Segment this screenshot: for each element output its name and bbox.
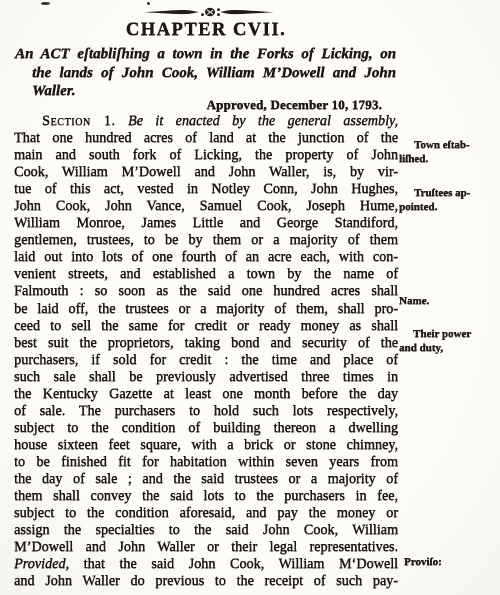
- margin-note-line: Truſtees ap-: [399, 187, 493, 201]
- body-text-line: house sixteen feet square, with a brick …: [14, 437, 398, 454]
- margin-note-line: Their power: [399, 328, 493, 342]
- body-text-line: subject to the condition aforesaid, and …: [14, 505, 398, 522]
- body-text-line: John Cook, John Vance, Samuel Cook, Jose…: [14, 198, 398, 215]
- margin-note-trustees-appointed: Truſtees ap-pointed.: [399, 187, 493, 214]
- body-text-line: best suit the proprietors, taking bond a…: [14, 335, 398, 352]
- body-text-line: That one hundred acres of land at the ju…: [14, 130, 398, 147]
- margin-note-line: Name.: [399, 295, 493, 309]
- body-text-line: to be finished fit for habitation within…: [14, 454, 398, 471]
- body-text-line: Provided, that the said John Cook, Willi…: [14, 556, 398, 573]
- margin-note-line: Proviſo:: [399, 556, 493, 570]
- body-text-line: be laid off, the trustees or a majority …: [14, 301, 398, 318]
- act-title-line: the lands of John Cook, William M’Dowell…: [15, 64, 396, 83]
- margin-note-line: Town eſtab-: [399, 139, 493, 153]
- act-title: An ACT eſtabliſhing a town in the Forks …: [15, 45, 396, 101]
- section-body: Section 1. Be it enacted by the general …: [14, 113, 398, 590]
- body-text-line: Section 1. Be it enacted by the general …: [14, 113, 398, 130]
- body-text-line: tue of this act, vested in Notley Conn, …: [14, 181, 398, 198]
- body-text-line: M’Dowell and John Waller or their legal …: [14, 539, 398, 556]
- body-text-line: venient streets, and established a town …: [14, 266, 398, 283]
- body-text-line: Cook, William M’Dowell and John Waller, …: [14, 164, 398, 181]
- scan-speck: [41, 2, 50, 5]
- act-title-line: An ACT eſtabliſhing a town in the Forks …: [15, 45, 396, 64]
- chapter-heading: CHAPTER CVII.: [14, 20, 398, 41]
- document-page: CHAPTER CVII. An ACT eſtabliſhing a town…: [0, 0, 500, 595]
- margin-note-line: and duty,: [399, 342, 493, 356]
- body-text-line: and John Waller do previous to the recei…: [14, 573, 398, 590]
- body-text-line: William Monroe, James Little and George …: [14, 215, 398, 232]
- body-text-line: gentlemen, trustees, to be by them or a …: [14, 232, 398, 249]
- margin-note-line: liſhed.: [399, 153, 493, 167]
- body-text-line: of sale. The purchasers to hold such lot…: [14, 403, 398, 420]
- body-text-line: the day of sale ; and the said trustees …: [14, 471, 398, 488]
- printers-rule-divider-icon: [144, 5, 274, 19]
- body-text-line: purchasers, if sold for credit : the tim…: [14, 352, 398, 369]
- body-text-line: laid out into lots of one fourth of an a…: [14, 249, 398, 266]
- body-text-line: Falmouth : so soon as the said one hundr…: [14, 283, 398, 300]
- body-text-line: assign the specialties to the said John …: [14, 522, 398, 539]
- body-text-line: them shall convey the said lots to the p…: [14, 488, 398, 505]
- margin-note-their-power-duty: Their powerand duty,: [399, 328, 493, 355]
- body-text-line: subject to the condition of building the…: [14, 420, 398, 437]
- approval-line: Approved, December 10, 1793.: [14, 97, 382, 113]
- margin-note-town-established: Town eſtab-liſhed.: [399, 139, 493, 166]
- body-text-line: ceed to sell the same for credit or read…: [14, 318, 398, 335]
- margin-note-line: pointed.: [399, 201, 493, 215]
- body-text-line: the Kentucky Gazette at least one month …: [14, 386, 398, 403]
- margin-note-name: Name.: [399, 295, 493, 309]
- body-text-line: such sale shall be previously advertised…: [14, 369, 398, 386]
- margin-note-proviso: Proviſo:: [399, 556, 493, 570]
- body-text-line: main and south fork of Licking, the prop…: [14, 147, 398, 164]
